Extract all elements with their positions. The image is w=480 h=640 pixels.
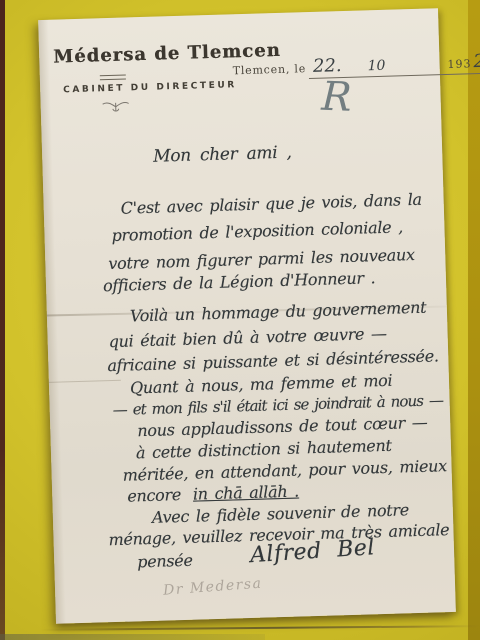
letterhead-rule [100, 74, 126, 80]
letter-line: Voilà un hommage du gouvernement [130, 298, 427, 326]
left-edge-strip [0, 0, 5, 640]
photo-background: Médersa de Tlemcen CABINET DU DIRECTEUR … [0, 0, 480, 640]
letter-line: promotion de l'exposition coloniale , [111, 217, 403, 245]
fleuron-icon [101, 99, 131, 114]
bottom-streak [0, 634, 265, 640]
letter-line: qui était bien dû à votre œuvre — [108, 324, 387, 351]
letter-line: encorein chā allāh . [127, 482, 299, 506]
right-edge-strip [468, 0, 480, 640]
paper-edge-shadow [38, 20, 66, 624]
letter-line: pensée [137, 551, 193, 572]
letter-line: C'est avec plaisir que je vois, dans la [120, 190, 422, 218]
scratch-line [40, 625, 480, 631]
paper-crease [49, 380, 121, 383]
letterhead-office: CABINET DU DIRECTEUR [63, 80, 237, 95]
dateline-year-printed: 193 [447, 57, 471, 71]
inshallah-underlined: in chā allāh . [193, 482, 300, 504]
dateline-place-label: Tlemcen, le [233, 62, 307, 77]
letter-line: officiers de la Légion d'Honneur . [103, 268, 376, 295]
registry-mark: R [321, 77, 353, 118]
letter-paper: Médersa de Tlemcen CABINET DU DIRECTEUR … [38, 8, 456, 624]
salutation: Mon cher ami , [153, 143, 292, 167]
dateline-year: 193 2 [447, 51, 480, 73]
letter-line-text: encore [127, 485, 181, 506]
pencil-archival-note: Dr Medersa [163, 576, 263, 599]
dateline-month-value: 10 [367, 58, 385, 75]
dateline-year-digit: 2 [473, 51, 480, 72]
